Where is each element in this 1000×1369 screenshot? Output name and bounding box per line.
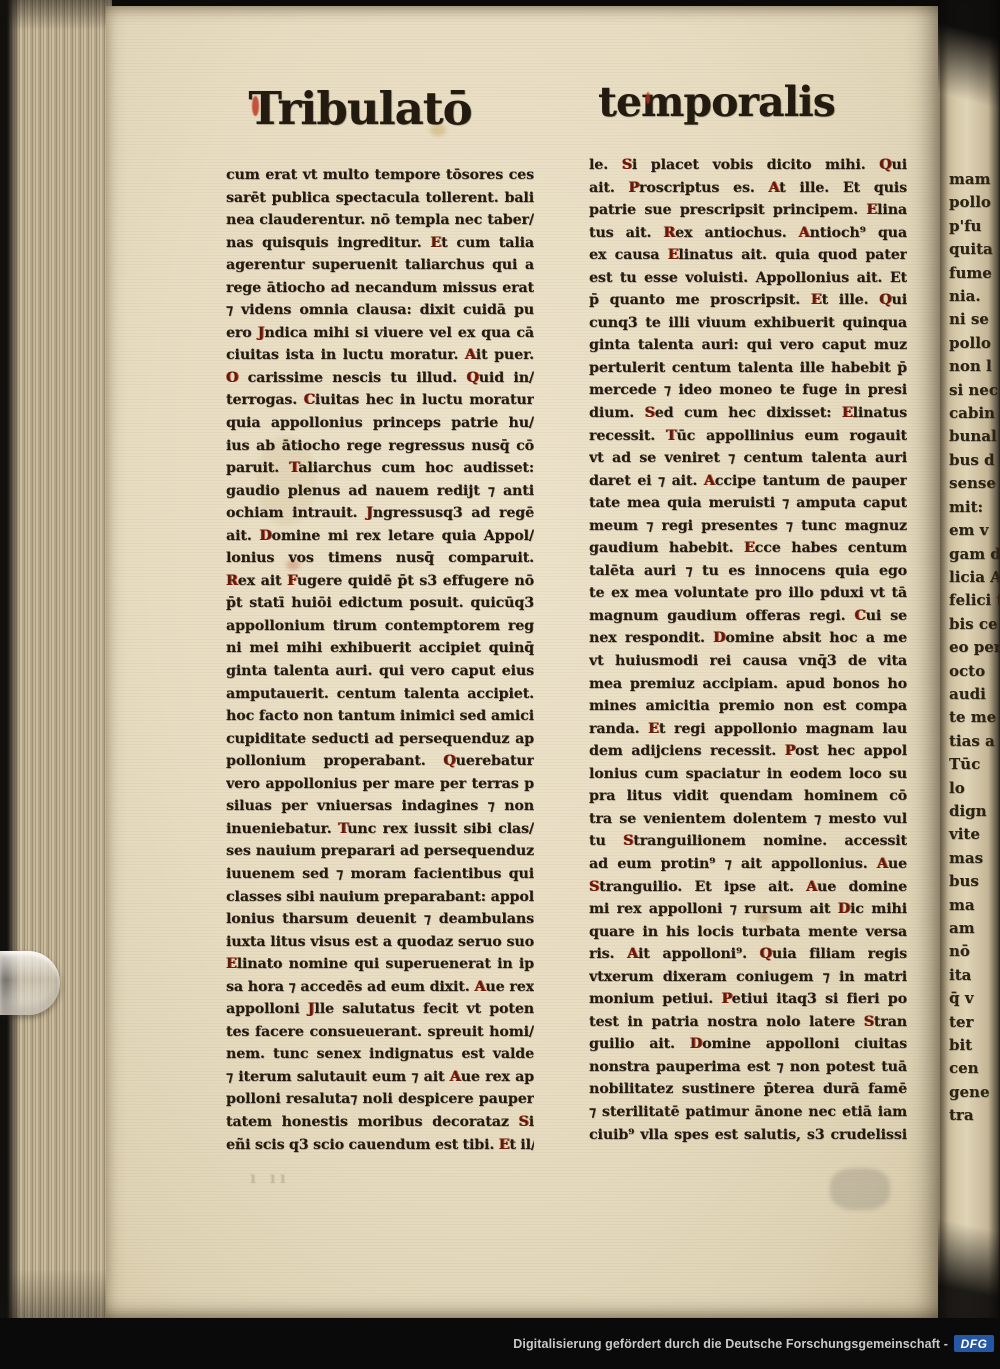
text-line: cupiditate seducti ad persequenduz ap xyxy=(226,728,534,751)
text-line: patrie sue prescripsit principem. Elina xyxy=(589,199,907,222)
text-line: mines amicitia premio non est compa xyxy=(589,695,907,718)
text-line: randa. Et regi appollonio magnam lau xyxy=(589,718,907,741)
text-line: iuuenem sed ⁊ moram facientibus qui xyxy=(226,863,534,886)
text-line: nas quisquis ingreditur. Et cum talia xyxy=(226,232,534,255)
text-line: p̄ quanto me proscripsit. Et ille. Qui xyxy=(589,289,907,312)
text-line: classes sibi nauium preparabant: appol xyxy=(226,886,534,909)
text-line: rege ātiocho ad necandum missus erat xyxy=(226,277,534,300)
stain xyxy=(830,1168,890,1210)
text-line: recessit. Tūc appollinius eum rogauit xyxy=(589,425,907,448)
text-line: lonius cum spaciatur in eodem loco su xyxy=(589,763,907,786)
text-line: Rex ait Fugere quidē p̄t s3 effugere nō xyxy=(226,570,534,593)
edge-fragment: gene xyxy=(949,1081,1000,1104)
text-line: nonstra pauperima est ⁊ non potest tuā xyxy=(589,1056,907,1079)
clipped-text-fragments: mampollop'fuquitafumenia.ni sepollonon l… xyxy=(949,168,1000,1128)
text-line: mi rex appolloni ⁊ rursum ait Dic mihi xyxy=(589,898,907,921)
edge-fragment: eo per xyxy=(949,636,1000,659)
text-line: ciuib⁹ vlla spes est salutis, s3 crudeli… xyxy=(589,1124,907,1147)
text-line: dem adijciens recessit. Post hec appol xyxy=(589,740,907,763)
text-line: dium. Sed cum hec dixisset: Elinatus xyxy=(589,402,907,425)
edge-fragment: licia A xyxy=(949,566,1000,589)
text-line: talēta auri ⁊ tu es innocens quia ego xyxy=(589,560,907,583)
text-line: ni mei mihi exhibuerit accipiet quinq̄ xyxy=(226,637,534,660)
text-line: cunq3 te illi viuum exhibuerit quinqua xyxy=(589,312,907,335)
edge-fragment: cen xyxy=(949,1057,1000,1080)
text-column-left: cum erat vt multo tempore tōsores cessar… xyxy=(226,164,534,1160)
text-line: appolloni Jlle salutatus fecit vt poten xyxy=(226,998,534,1021)
text-line: guilio ait. Domine appolloni ciuitas xyxy=(589,1033,907,1056)
edge-fragment: tias a xyxy=(949,730,1000,753)
text-line: te ex mea voluntate pro illo pduxi vt tā xyxy=(589,582,907,605)
edge-fragment: fume xyxy=(949,262,1000,285)
text-line: ses nauium preparari ad persequenduz xyxy=(226,840,534,863)
edge-fragment: ni se xyxy=(949,308,1000,331)
edge-fragment: ita xyxy=(949,964,1000,987)
edge-fragment: bis ce xyxy=(949,613,1000,636)
text-line: ero Jndica mihi si viuere vel ex qua cā xyxy=(226,322,534,345)
text-line: tate mea quia meruisti ⁊ amputa caput xyxy=(589,492,907,515)
background-corner-shadow xyxy=(938,1150,1000,1318)
text-line: lonius tharsum deuenit ⁊ deambulans xyxy=(226,908,534,931)
text-line: tra se venientem dolentem ⁊ mesto vul xyxy=(589,808,907,831)
edge-fragment: tra xyxy=(949,1104,1000,1127)
text-line: nex respondit. Domine absit hoc a me xyxy=(589,627,907,650)
text-line: ginta talenta auri. qui vero caput eius xyxy=(226,660,534,683)
edge-fragment: bus xyxy=(949,870,1000,893)
text-line: eñi scis q3 scio cauendum est tibi. Et i… xyxy=(226,1134,534,1157)
text-line: daret ei ⁊ ait. Accipe tantum de pauper xyxy=(589,470,907,493)
text-line: paruit. Taliarchus cum hoc audisset: xyxy=(226,457,534,480)
text-line: quia appollonius princeps patrie hu/ xyxy=(226,412,534,435)
text-line: nobilitatez sustinere p̄terea durā famē xyxy=(589,1078,907,1101)
edge-fragment: vite xyxy=(949,823,1000,846)
text-line: ⁊ videns omnia clausa: dixit cuidā pu xyxy=(226,299,534,322)
text-line: appollonium tirum contemptorem reg xyxy=(226,615,534,638)
text-line: pertulerit centum talenta ille habebit p… xyxy=(589,357,907,380)
text-column-right: le. Si placet vobis dicito mihi. Quiait.… xyxy=(589,154,907,1150)
edge-fragment: pollo xyxy=(949,191,1000,214)
background-corner-shadow xyxy=(938,0,1000,160)
text-line: siluas per vniuersas indagines ⁊ non xyxy=(226,795,534,818)
dfg-logo: DFG xyxy=(954,1335,994,1352)
text-line: ait. Proscriptus es. At ille. Et quis xyxy=(589,177,907,200)
edge-fragment: ter xyxy=(949,1011,1000,1034)
text-line: sarēt publica spectacula tollerent. bali xyxy=(226,187,534,210)
text-line: vtxerum dixeram coniugem ⁊ in matri xyxy=(589,966,907,989)
edge-fragment: te me xyxy=(949,706,1000,729)
credit-text: Digitalisierung gefördert durch die Deut… xyxy=(513,1337,948,1351)
text-line: ciuitas ista in luctu moratur. Ait puer. xyxy=(226,344,534,367)
text-line: test in patria nostra nolo latere Stran xyxy=(589,1011,907,1034)
text-line: amputauerit. centum talenta accipiet. xyxy=(226,683,534,706)
running-title-right: temporalis xyxy=(598,78,806,126)
text-line: ochiam intrauit. Jngressusq3 ad regē xyxy=(226,502,534,525)
text-line: gaudio plenus ad nauem redijt ⁊ anti xyxy=(226,480,534,503)
edge-fragment: cabin xyxy=(949,402,1000,425)
text-line: hoc facto non tantum inimici sed amici xyxy=(226,705,534,728)
text-line: pollonium properabant. Querebatur xyxy=(226,750,534,773)
text-line: ait. Domine mi rex letare quia Appol/ xyxy=(226,525,534,548)
text-line: polloni resaluta⁊ noli despicere pauper xyxy=(226,1088,534,1111)
text-line: gaudium habebit. Ecce habes centum xyxy=(589,537,907,560)
edge-fragment: nō xyxy=(949,940,1000,963)
edge-fragment: pollo xyxy=(949,332,1000,355)
edge-fragment: p'fu xyxy=(949,215,1000,238)
text-line: p̄t statī huiōi edictum posuit. quicūq3 xyxy=(226,592,534,615)
text-line: mea premiuz accipiam. apud bonos ho xyxy=(589,673,907,696)
text-line: sa hora ⁊ accedēs ad eum dixit. Aue rex xyxy=(226,976,534,999)
text-line: iuxta litus visus est a quodaz seruo suo xyxy=(226,931,534,954)
edge-fragment: felici t xyxy=(949,589,1000,612)
text-line: magnum gaudium offeras regi. Cui se xyxy=(589,605,907,628)
edge-fragment: bus d xyxy=(949,449,1000,472)
text-line: vero appollonius per mare per terras p xyxy=(226,773,534,796)
text-line: pra litus vidit quendam hominem cō xyxy=(589,785,907,808)
text-line: O carissime nescis tu illud. Quid in/ xyxy=(226,367,534,390)
text-line: le. Si placet vobis dicito mihi. Qui xyxy=(589,154,907,177)
rubric-mark xyxy=(252,96,259,116)
edge-fragment: mit: xyxy=(949,496,1000,519)
text-line: lonius vos timens nusq̄ comparuit. xyxy=(226,547,534,570)
text-line: meum ⁊ regi presentes ⁊ tunc magnuz xyxy=(589,515,907,538)
edge-fragment: dign xyxy=(949,800,1000,823)
edge-fragment: ma xyxy=(949,894,1000,917)
edge-fragment: gam d xyxy=(949,543,1000,566)
text-line: nem. tunc senex indignatus est valde xyxy=(226,1043,534,1066)
signature-mark: ı ıı xyxy=(250,1168,290,1187)
text-line: tatem honestis moribus decorataz Si xyxy=(226,1111,534,1134)
text-line: ⁊ iterum salutauit eum ⁊ ait Aue rex ap xyxy=(226,1066,534,1089)
text-line: terrogas. Ciuitas hec in luctu moratur xyxy=(226,389,534,412)
edge-fragment: non l xyxy=(949,355,1000,378)
text-line: tu Stranguilionem nomine. accessit xyxy=(589,830,907,853)
edge-fragment: sense xyxy=(949,472,1000,495)
book-fore-edge xyxy=(0,0,112,1322)
text-line: cum erat vt multo tempore tōsores ces xyxy=(226,164,534,187)
text-line: mercede ⁊ ideo moneo te fuge in presi xyxy=(589,379,907,402)
edge-fragment: Tūc xyxy=(949,753,1000,776)
text-line: Elinato nomine qui superuenerat in ip xyxy=(226,953,534,976)
edge-fragment: q̄ v xyxy=(949,987,1000,1010)
text-line: tus ait. Rex antiochus. Antioch⁹ qua xyxy=(589,222,907,245)
text-line: Stranguilio. Et ipse ait. Aue domine xyxy=(589,876,907,899)
text-line: inueniebatur. Tunc rex iussit sibi clas/ xyxy=(226,818,534,841)
digitization-credit-bar: Digitalisierung gefördert durch die Deut… xyxy=(0,1318,1000,1369)
edge-fragment: mam xyxy=(949,168,1000,191)
text-line: ius ab ātiocho rege regressus nusq̄ cō xyxy=(226,435,534,458)
edge-fragment: bit xyxy=(949,1034,1000,1057)
text-line: quare in his locis turbata mente versa xyxy=(589,921,907,944)
edge-fragment: mas xyxy=(949,847,1000,870)
edge-fragment: si nec xyxy=(949,379,1000,402)
book-scan-page: Tribulatō temporalis cum erat vt multo t… xyxy=(0,0,1000,1369)
text-line: nea clauderentur. nō templa nec taber/ xyxy=(226,209,534,232)
text-line: monium petiui. Petiui itaq3 si fieri po xyxy=(589,988,907,1011)
edge-fragment: audi xyxy=(949,683,1000,706)
running-title-left: Tribulatō xyxy=(238,82,482,135)
edge-fragment: octo xyxy=(949,660,1000,683)
facing-page-sliver: mampollop'fuquitafumenia.ni sepollonon l… xyxy=(940,0,1000,1318)
text-line: ris. Ait appolloni⁹. Quia filiam regis xyxy=(589,943,907,966)
rubric-mark xyxy=(646,92,650,104)
text-line: ad eum protin⁹ ⁊ ait appollonius. Aue xyxy=(589,853,907,876)
text-line: ⁊ sterilitatē patimur ānone nec etiā iam xyxy=(589,1101,907,1124)
text-line: ginta talenta auri: qui vero caput muz xyxy=(589,334,907,357)
text-line: vt huiusmodi rei causa vnq̄3 de vita xyxy=(589,650,907,673)
text-line: vt ad se veniret ⁊ centum talenta auri xyxy=(589,447,907,470)
text-line: ex causa Elinatus ait. quia quod pater xyxy=(589,244,907,267)
edge-fragment: quita xyxy=(949,238,1000,261)
edge-fragment: nia. xyxy=(949,285,1000,308)
edge-fragment: am xyxy=(949,917,1000,940)
edge-fragment: bunal xyxy=(949,425,1000,448)
edge-fragment: em v xyxy=(949,519,1000,542)
text-line: est tu esse voluisti. Appollonius ait. E… xyxy=(589,267,907,290)
edge-fragment: lo xyxy=(949,777,1000,800)
text-line: tes facere consueuerant. spreuit homi/ xyxy=(226,1021,534,1044)
text-line: agerentur superuenit taliarchus qui a xyxy=(226,254,534,277)
